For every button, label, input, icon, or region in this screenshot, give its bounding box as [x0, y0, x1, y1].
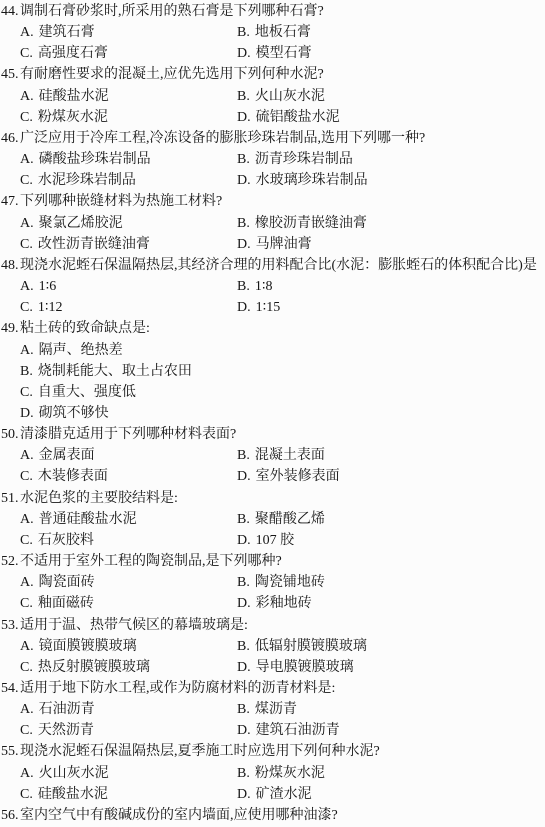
question-item: 47.下列哪种嵌缝材料为热施工材料?A.聚氯乙烯胶泥B.橡胶沥青嵌缝油膏C.改性…: [1, 191, 545, 254]
options-grid: A.1∶6B.1∶8C.1∶12D.1∶15: [20, 276, 545, 318]
option-text: 室外装修表面: [256, 469, 340, 484]
option-label: B.: [237, 639, 250, 654]
option-item: D.建筑石油沥青: [237, 720, 545, 741]
option-text: 陶瓷铺地砖: [255, 575, 325, 590]
question-text: 适用于地下防水工程,或作为防腐材料的沥青材料是:: [20, 678, 335, 699]
option-text: 橡胶沥青嵌缝油膏: [255, 216, 367, 231]
option-label: C.: [20, 110, 33, 125]
options-grid: A.陶瓷面砖B.陶瓷铺地砖C.釉面磁砖D.彩釉地砖: [20, 572, 545, 614]
question-line: 45.有耐磨性要求的混凝土,应优先选用下列何种水泥?: [1, 64, 545, 85]
option-text: 石灰胶料: [38, 533, 94, 548]
options-grid: A.硅酸盐水泥B.火山灰水泥C.粉煤灰水泥D.硫铝酸盐水泥: [20, 86, 545, 128]
option-item: C.粉煤灰水泥: [20, 107, 237, 128]
question-number: 50.: [1, 424, 20, 445]
options-grid: A.石油沥青B.煤沥青C.天然沥青D.建筑石油沥青: [20, 699, 545, 741]
option-label: A.: [20, 512, 34, 527]
option-item: C.木装修表面: [20, 466, 237, 487]
question-text: 适用于温、热带气候区的幕墙玻璃是:: [20, 615, 248, 636]
option-label: A.: [20, 279, 34, 294]
option-label: C.: [20, 173, 33, 188]
option-label: A.: [20, 216, 34, 231]
question-item: 51.水泥色浆的主要胶结料是:A.普通硅酸盐水泥B.聚醋酸乙烯C.石灰胶料D.1…: [1, 488, 545, 551]
option-text: 改性沥青嵌缝油膏: [38, 237, 150, 252]
option-item: A.陶瓷面砖: [20, 572, 237, 593]
option-label: B.: [237, 448, 250, 463]
question-item: 56.室内空气中有酸碱成份的室内墙面,应使用哪种油漆?: [1, 805, 545, 826]
option-label: A.: [20, 639, 34, 654]
question-item: 46.广泛应用于冷库工程,冷冻设备的膨胀珍珠岩制品,选用下列哪一种?A.磷酸盐珍…: [1, 128, 545, 191]
option-text: 木装修表面: [38, 469, 108, 484]
option-text: 模型石膏: [256, 46, 312, 61]
option-text: 聚醋酸乙烯: [255, 512, 325, 527]
question-number: 51.: [1, 488, 20, 509]
option-text: 火山灰水泥: [255, 89, 325, 104]
option-item: B.火山灰水泥: [237, 86, 545, 107]
option-item: C.石灰胶料: [20, 530, 237, 551]
question-number: 55.: [1, 741, 20, 762]
question-text: 室内空气中有酸碱成份的室内墙面,应使用哪种油漆?: [20, 805, 338, 826]
option-text: 建筑石油沥青: [256, 723, 340, 738]
option-item: D.砌筑不够快: [20, 403, 545, 424]
question-text: 广泛应用于冷库工程,冷冻设备的膨胀珍珠岩制品,选用下列哪一种?: [20, 128, 425, 149]
option-text: 聚氯乙烯胶泥: [39, 216, 123, 231]
option-text: 地板石膏: [255, 25, 311, 40]
question-line: 46.广泛应用于冷库工程,冷冻设备的膨胀珍珠岩制品,选用下列哪一种?: [1, 128, 545, 149]
option-text: 热反射膜镀膜玻璃: [38, 660, 150, 675]
option-item: A.金属表面: [20, 445, 237, 466]
option-item: B.混凝土表面: [237, 445, 545, 466]
question-text: 不适用于室外工程的陶瓷制品,是下列哪种?: [20, 551, 282, 572]
question-item: 45.有耐磨性要求的混凝土,应优先选用下列何种水泥?A.硅酸盐水泥B.火山灰水泥…: [1, 64, 545, 127]
question-line: 52.不适用于室外工程的陶瓷制品,是下列哪种?: [1, 551, 545, 572]
option-text: 沥青珍珠岩制品: [255, 152, 353, 167]
option-label: D.: [237, 300, 251, 315]
question-text: 水泥色浆的主要胶结料是:: [20, 488, 178, 509]
option-item: C.高强度石膏: [20, 43, 237, 64]
question-number: 46.: [1, 128, 20, 149]
option-item: D.矿渣水泥: [237, 784, 545, 805]
option-item: A.建筑石膏: [20, 22, 237, 43]
option-label: B.: [237, 702, 250, 717]
question-text: 现浇水泥蛭石保温隔热层,其经济合理的用料配合比(水泥：膨胀蛭石的体积配合比)是: [20, 255, 537, 276]
option-item: A.火山灰水泥: [20, 763, 237, 784]
option-item: A.普通硅酸盐水泥: [20, 509, 237, 530]
option-label: D.: [20, 406, 34, 421]
option-item: D.107 胶: [237, 530, 545, 551]
option-label: D.: [237, 596, 251, 611]
option-item: A.硅酸盐水泥: [20, 86, 237, 107]
option-label: B.: [20, 364, 33, 379]
option-text: 烧制耗能大、取土占农田: [38, 364, 192, 379]
option-text: 低辐射膜镀膜玻璃: [255, 639, 367, 654]
option-text: 煤沥青: [255, 702, 297, 717]
option-item: A.聚氯乙烯胶泥: [20, 213, 237, 234]
option-item: B.沥青珍珠岩制品: [237, 149, 545, 170]
question-line: 56.室内空气中有酸碱成份的室内墙面,应使用哪种油漆?: [1, 805, 545, 826]
option-label: B.: [237, 575, 250, 590]
question-item: 50.清漆腊克适用于下列哪种材料表面?A.金属表面B.混凝土表面C.木装修表面D…: [1, 424, 545, 487]
option-label: D.: [237, 723, 251, 738]
exam-page: 44.调制石膏砂浆时,所采用的熟石膏是下列哪种石膏?A.建筑石膏B.地板石膏C.…: [0, 0, 545, 826]
option-label: C.: [20, 723, 33, 738]
option-item: A.1∶6: [20, 276, 237, 297]
option-label: A.: [20, 448, 34, 463]
option-text: 107 胶: [256, 533, 295, 548]
question-text: 现浇水泥蛭石保温隔热层,夏季施工时应选用下列何种水泥?: [20, 741, 380, 762]
option-text: 1∶12: [38, 300, 63, 315]
question-line: 55.现浇水泥蛭石保温隔热层,夏季施工时应选用下列何种水泥?: [1, 741, 545, 762]
option-label: D.: [237, 237, 251, 252]
option-item: B.1∶8: [237, 276, 545, 297]
question-item: 53.适用于温、热带气候区的幕墙玻璃是:A.镜面膜镀膜玻璃B.低辐射膜镀膜玻璃C…: [1, 615, 545, 678]
options-grid: A.金属表面B.混凝土表面C.木装修表面D.室外装修表面: [20, 445, 545, 487]
option-text: 普通硅酸盐水泥: [39, 512, 137, 527]
question-text: 粘土砖的致命缺点是:: [20, 318, 150, 339]
option-item: C.1∶12: [20, 297, 237, 318]
question-line: 49.粘土砖的致命缺点是:: [1, 318, 545, 339]
option-item: B.低辐射膜镀膜玻璃: [237, 636, 545, 657]
question-number: 45.: [1, 64, 20, 85]
question-number: 44.: [1, 1, 20, 22]
option-label: C.: [20, 787, 33, 802]
option-label: C.: [20, 237, 33, 252]
option-item: C.釉面磁砖: [20, 593, 237, 614]
option-text: 建筑石膏: [39, 25, 95, 40]
option-text: 隔声、绝热差: [39, 343, 123, 358]
option-label: B.: [237, 25, 250, 40]
question-item: 55.现浇水泥蛭石保温隔热层,夏季施工时应选用下列何种水泥?A.火山灰水泥B.粉…: [1, 741, 545, 804]
option-label: D.: [237, 533, 251, 548]
options-grid: A.建筑石膏B.地板石膏C.高强度石膏D.模型石膏: [20, 22, 545, 64]
option-item: D.1∶15: [237, 297, 545, 318]
option-item: C.天然沥青: [20, 720, 237, 741]
option-label: A.: [20, 766, 34, 781]
option-item: A.镜面膜镀膜玻璃: [20, 636, 237, 657]
option-text: 自重大、强度低: [38, 385, 136, 400]
options-grid: A.磷酸盐珍珠岩制品B.沥青珍珠岩制品C.水泥珍珠岩制品D.水玻璃珍珠岩制品: [20, 149, 545, 191]
option-text: 矿渣水泥: [256, 787, 312, 802]
option-text: 粉煤灰水泥: [255, 766, 325, 781]
question-line: 53.适用于温、热带气候区的幕墙玻璃是:: [1, 615, 545, 636]
option-label: C.: [20, 469, 33, 484]
option-text: 硫铝酸盐水泥: [256, 110, 340, 125]
question-line: 48.现浇水泥蛭石保温隔热层,其经济合理的用料配合比(水泥：膨胀蛭石的体积配合比…: [1, 255, 545, 276]
option-item: B.煤沥青: [237, 699, 545, 720]
option-label: C.: [20, 660, 33, 675]
question-number: 47.: [1, 191, 20, 212]
question-line: 47.下列哪种嵌缝材料为热施工材料?: [1, 191, 545, 212]
option-label: A.: [20, 89, 34, 104]
option-item: D.导电膜镀膜玻璃: [237, 657, 545, 678]
option-label: D.: [237, 787, 251, 802]
question-line: 54.适用于地下防水工程,或作为防腐材料的沥青材料是:: [1, 678, 545, 699]
option-text: 1∶8: [255, 279, 273, 294]
option-label: B.: [237, 279, 250, 294]
option-label: D.: [237, 660, 251, 675]
question-number: 49.: [1, 318, 20, 339]
option-text: 彩釉地砖: [256, 596, 312, 611]
option-text: 磷酸盐珍珠岩制品: [39, 152, 151, 167]
option-text: 高强度石膏: [38, 46, 108, 61]
option-text: 混凝土表面: [255, 448, 325, 463]
option-item: B.烧制耗能大、取土占农田: [20, 361, 545, 382]
question-item: 49.粘土砖的致命缺点是:A.隔声、绝热差B.烧制耗能大、取土占农田C.自重大、…: [1, 318, 545, 424]
option-text: 镜面膜镀膜玻璃: [39, 639, 137, 654]
option-item: A.磷酸盐珍珠岩制品: [20, 149, 237, 170]
option-label: A.: [20, 702, 34, 717]
option-label: A.: [20, 25, 34, 40]
question-line: 51.水泥色浆的主要胶结料是:: [1, 488, 545, 509]
option-item: C.改性沥青嵌缝油膏: [20, 234, 237, 255]
option-label: D.: [237, 110, 251, 125]
option-label: C.: [20, 596, 33, 611]
option-item: D.室外装修表面: [237, 466, 545, 487]
question-text: 调制石膏砂浆时,所采用的熟石膏是下列哪种石膏?: [20, 1, 324, 22]
option-label: B.: [237, 216, 250, 231]
option-item: D.彩釉地砖: [237, 593, 545, 614]
option-label: B.: [237, 766, 250, 781]
option-text: 马牌油膏: [256, 237, 312, 252]
question-number: 53.: [1, 615, 20, 636]
option-item: B.陶瓷铺地砖: [237, 572, 545, 593]
option-item: B.粉煤灰水泥: [237, 763, 545, 784]
option-text: 硅酸盐水泥: [38, 787, 108, 802]
option-text: 砌筑不够快: [39, 406, 109, 421]
option-text: 石油沥青: [39, 702, 95, 717]
option-label: D.: [237, 173, 251, 188]
option-item: A.隔声、绝热差: [20, 340, 545, 361]
option-label: B.: [237, 89, 250, 104]
option-text: 导电膜镀膜玻璃: [256, 660, 354, 675]
option-item: D.马牌油膏: [237, 234, 545, 255]
option-item: C.自重大、强度低: [20, 382, 545, 403]
question-item: 48.现浇水泥蛭石保温隔热层,其经济合理的用料配合比(水泥：膨胀蛭石的体积配合比…: [1, 255, 545, 318]
option-text: 硅酸盐水泥: [39, 89, 109, 104]
question-text: 有耐磨性要求的混凝土,应优先选用下列何种水泥?: [20, 64, 324, 85]
option-text: 1∶15: [256, 300, 281, 315]
question-number: 48.: [1, 255, 20, 276]
option-label: C.: [20, 46, 33, 61]
option-text: 水玻璃珍珠岩制品: [256, 173, 368, 188]
options-grid: A.隔声、绝热差B.烧制耗能大、取土占农田C.自重大、强度低D.砌筑不够快: [20, 340, 545, 425]
option-label: B.: [237, 152, 250, 167]
question-number: 54.: [1, 678, 20, 699]
option-text: 金属表面: [39, 448, 95, 463]
option-item: C.热反射膜镀膜玻璃: [20, 657, 237, 678]
option-text: 水泥珍珠岩制品: [38, 173, 136, 188]
question-item: 52.不适用于室外工程的陶瓷制品,是下列哪种?A.陶瓷面砖B.陶瓷铺地砖C.釉面…: [1, 551, 545, 614]
option-label: C.: [20, 300, 33, 315]
options-grid: A.镜面膜镀膜玻璃B.低辐射膜镀膜玻璃C.热反射膜镀膜玻璃D.导电膜镀膜玻璃: [20, 636, 545, 678]
option-text: 火山灰水泥: [39, 766, 109, 781]
option-label: B.: [237, 512, 250, 527]
option-item: D.水玻璃珍珠岩制品: [237, 170, 545, 191]
option-label: D.: [237, 46, 251, 61]
question-item: 44.调制石膏砂浆时,所采用的熟石膏是下列哪种石膏?A.建筑石膏B.地板石膏C.…: [1, 1, 545, 64]
question-line: 44.调制石膏砂浆时,所采用的熟石膏是下列哪种石膏?: [1, 1, 545, 22]
option-text: 天然沥青: [38, 723, 94, 738]
option-item: B.橡胶沥青嵌缝油膏: [237, 213, 545, 234]
option-text: 粉煤灰水泥: [38, 110, 108, 125]
option-label: A.: [20, 575, 34, 590]
option-label: D.: [237, 469, 251, 484]
option-item: D.硫铝酸盐水泥: [237, 107, 545, 128]
question-number: 52.: [1, 551, 20, 572]
options-grid: A.聚氯乙烯胶泥B.橡胶沥青嵌缝油膏C.改性沥青嵌缝油膏D.马牌油膏: [20, 213, 545, 255]
question-number: 56.: [1, 805, 20, 826]
option-item: B.聚醋酸乙烯: [237, 509, 545, 530]
question-item: 54.适用于地下防水工程,或作为防腐材料的沥青材料是:A.石油沥青B.煤沥青C.…: [1, 678, 545, 741]
option-label: A.: [20, 152, 34, 167]
option-label: C.: [20, 533, 33, 548]
option-item: A.石油沥青: [20, 699, 237, 720]
option-label: C.: [20, 385, 33, 400]
option-item: C.水泥珍珠岩制品: [20, 170, 237, 191]
option-text: 釉面磁砖: [38, 596, 94, 611]
options-grid: A.火山灰水泥B.粉煤灰水泥C.硅酸盐水泥D.矿渣水泥: [20, 763, 545, 805]
option-label: A.: [20, 343, 34, 358]
option-item: B.地板石膏: [237, 22, 545, 43]
question-line: 50.清漆腊克适用于下列哪种材料表面?: [1, 424, 545, 445]
option-text: 陶瓷面砖: [39, 575, 95, 590]
option-text: 1∶6: [39, 279, 57, 294]
question-text: 清漆腊克适用于下列哪种材料表面?: [20, 424, 236, 445]
question-text: 下列哪种嵌缝材料为热施工材料?: [20, 191, 222, 212]
option-item: D.模型石膏: [237, 43, 545, 64]
option-item: C.硅酸盐水泥: [20, 784, 237, 805]
options-grid: A.普通硅酸盐水泥B.聚醋酸乙烯C.石灰胶料D.107 胶: [20, 509, 545, 551]
